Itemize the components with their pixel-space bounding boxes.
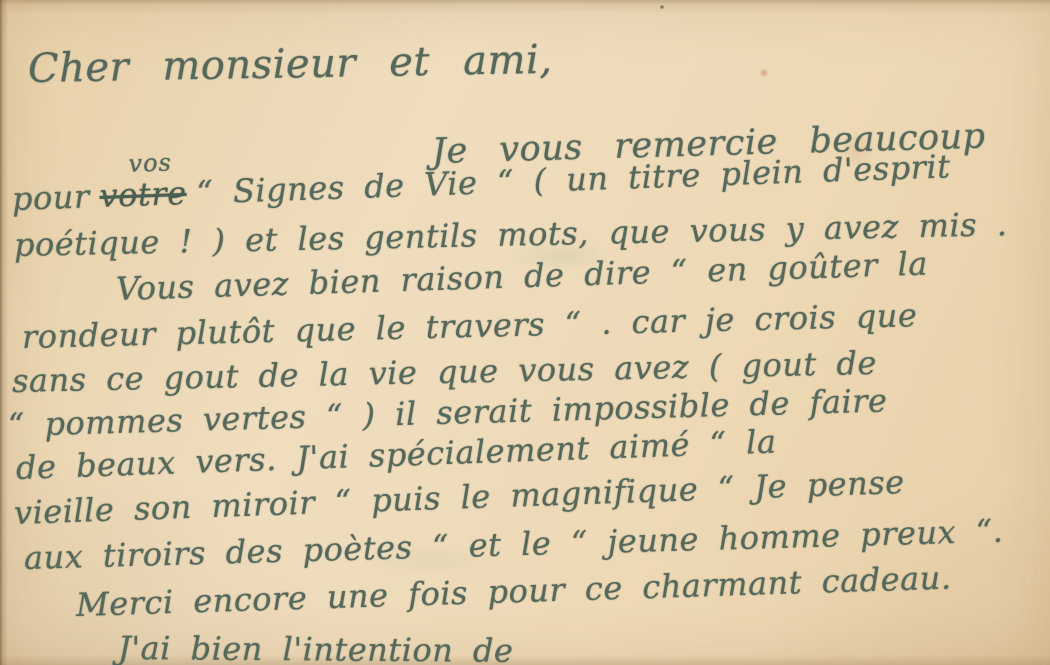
letter-text-pre: pour xyxy=(11,177,90,218)
correction-inserted-word: vos xyxy=(128,148,172,177)
correction-struck-word: votre xyxy=(99,174,187,215)
letter-line-cut-off: J'ai bien l'intention de xyxy=(118,629,514,665)
letter-paper: Cher monsieur et ami, Je vous remercie b… xyxy=(0,0,1050,665)
handwritten-correction: vosvotre xyxy=(99,174,187,215)
letter-greeting: Cher monsieur et ami, xyxy=(28,37,553,92)
